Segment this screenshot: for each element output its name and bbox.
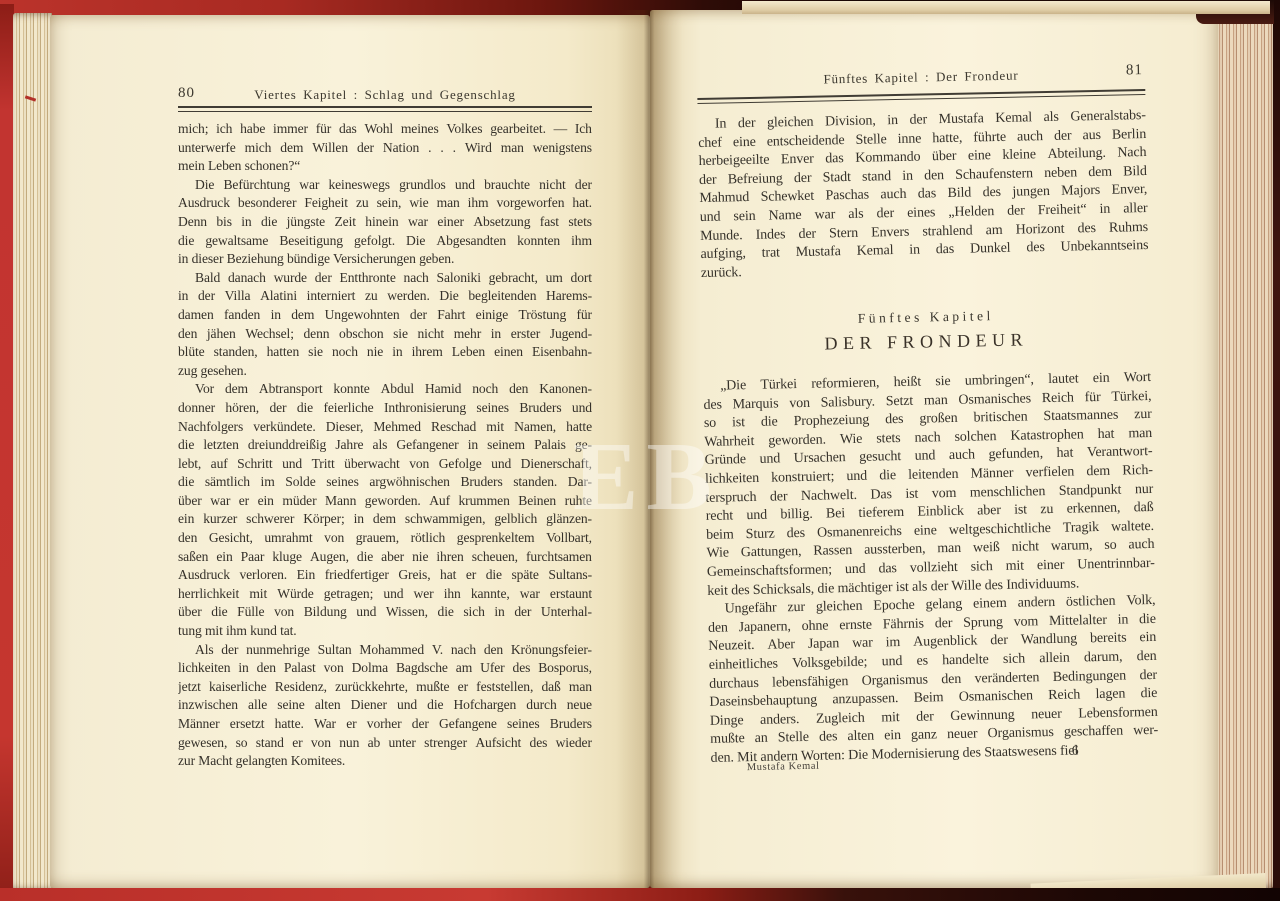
- right-page-header: Fünftes Kapitel : Der Frondeur 81: [697, 65, 1145, 92]
- left-page: 80 Viertes Kapitel : Schlag und Gegensch…: [50, 15, 650, 888]
- footer-signature: Mustafa Kemal: [747, 761, 820, 773]
- paragraph: UngefährzurgleichenEpochegelangeinemande…: [707, 592, 1158, 768]
- text-line: gewesen,sostandervonnunabunterstrengerAu…: [178, 734, 592, 753]
- text-line: inzwischenalleseinealtenDienerunddieHofc…: [178, 696, 592, 715]
- paragraph: AlsdernunmehrigeSultanMohammedV.nachdenK…: [178, 641, 592, 771]
- text-line: denGesicht,umrahmtvongrauem,rötlichgespr…: [178, 529, 592, 548]
- text-line: zug gesehen.: [178, 362, 592, 381]
- text-line: unterwerfemichdemWillenderNation...Wirdm…: [178, 139, 592, 158]
- left-header-rule: [178, 106, 592, 112]
- text-line: überwarereinmüderManngeworden.Aufkrummen…: [178, 492, 592, 511]
- text-line: blütestanden,hattensienochnieinihremLebe…: [178, 343, 592, 362]
- chapter-heading-large: DER FRONDEUR: [702, 327, 1150, 357]
- text-line: dieletztendreiunddreißigJahrealsGefangen…: [178, 436, 592, 455]
- text-line: tung mit ihm kund tat.: [178, 622, 592, 641]
- text-line: zur Macht gelangten Komitees.: [178, 752, 592, 771]
- text-line: damenfandenindemUngewohntenderFahrteinig…: [178, 306, 592, 325]
- book-cover-bottom-edge: [0, 888, 1280, 901]
- text-line: in dieser Beziehung bündige Versicherung…: [178, 250, 592, 269]
- text-line: herrlichkeitmitWürdegetragen;undwerihnka…: [178, 585, 592, 604]
- text-line: AlsdernunmehrigeSultanMohammedV.nachdenK…: [178, 641, 592, 660]
- footer-sheet-number: 6: [1072, 742, 1079, 758]
- right-page-edge-stack: [1216, 8, 1273, 889]
- text-line: denjähenWechsel;dennobschonsienichtmehri…: [178, 325, 592, 344]
- text-line: diesämtlichimSoldeseinesargwöhnischenBru…: [178, 473, 592, 492]
- right-running-head: Fünftes Kapitel : Der Frondeur: [697, 65, 1145, 90]
- paragraph: IndergleichenDivision,inderMustafaKemala…: [698, 107, 1149, 283]
- book-photo: 80 Viertes Kapitel : Schlag und Gegensch…: [0, 0, 1280, 901]
- text-line: einkurzerschwererKörper;indemschwammigen…: [178, 510, 592, 529]
- text-line: AusdruckbesondererFeigheitzusein,wiemani…: [178, 194, 592, 213]
- page-top-edges: [742, 1, 1270, 14]
- right-header-rule: [697, 89, 1145, 104]
- right-page-text-top: IndergleichenDivision,inderMustafaKemala…: [698, 107, 1149, 283]
- text-line: mein Leben schonen?“: [178, 157, 592, 176]
- text-line: lebt,aufSchrittundTrittüberwachtvonGefol…: [178, 455, 592, 474]
- text-line: DieBefürchtungwarkeineswegsgrundlosundbr…: [178, 176, 592, 195]
- text-line: donnerhören,derdiefeierlicheInthronisier…: [178, 399, 592, 418]
- text-line: BalddanachwurdederEntthrontenachSaloniki…: [178, 269, 592, 288]
- text-line: mich;ichhabeimmerfürdasWohlmeinesVolkesg…: [178, 120, 592, 139]
- text-line: saßeneinPaarklugeAugen,dieabernieihrensc…: [178, 548, 592, 567]
- right-page: Fünftes Kapitel : Der Frondeur 81 Inderg…: [650, 10, 1218, 888]
- text-line: DennbisindiejüngsteZeithineinwareinerAbs…: [178, 213, 592, 232]
- book-cover-left-edge: [0, 4, 14, 897]
- text-line: Männerersetzthatte.WarervorherderGefange…: [178, 715, 592, 734]
- text-line: Nachfolgersverkündete.Dieser,MehmedResch…: [178, 418, 592, 437]
- left-page-header: 80 Viertes Kapitel : Schlag und Gegensch…: [178, 87, 592, 105]
- chapter-heading-small: Fünftes Kapitel: [702, 305, 1150, 330]
- right-page-number: 81: [1126, 62, 1143, 79]
- left-running-head: Viertes Kapitel : Schlag und Gegenschlag: [178, 87, 592, 103]
- right-page-content: Fünftes Kapitel : Der Frondeur 81 Inderg…: [696, 1, 1162, 888]
- paragraph: BalddanachwurdederEntthrontenachSaloniki…: [178, 269, 592, 381]
- text-line: inderVillaAlatiniinterniertzuwerden.Dieb…: [178, 287, 592, 306]
- left-page-edge-stack: [13, 13, 52, 890]
- left-page-text: mich;ichhabeimmerfürdasWohlmeinesVolkesg…: [178, 120, 592, 771]
- text-line: VordemAbtransportkonnteAbdulHamidnochden…: [178, 380, 592, 399]
- text-line: lichkeitenindenPalastvonDolmaBagdscheamU…: [178, 659, 592, 678]
- text-line: jetztkaiserlicheResidenz,zurückkehrte,mu…: [178, 678, 592, 697]
- text-line: überdieFüllevonBildungundWissen,diesichi…: [178, 603, 592, 622]
- left-page-number: 80: [178, 85, 195, 102]
- paragraph: „DieTürkeireformieren,heißtsieumbringen“…: [703, 369, 1155, 601]
- paragraph: DieBefürchtungwarkeineswegsgrundlosundbr…: [178, 176, 592, 269]
- right-page-text-body: „DieTürkeireformieren,heißtsieumbringen“…: [703, 369, 1159, 768]
- text-line: diegewaltsameBeseitigunggefolgt.DieAbges…: [178, 232, 592, 251]
- paragraph: mich;ichhabeimmerfürdasWohlmeinesVolkesg…: [178, 120, 592, 176]
- paragraph: VordemAbtransportkonnteAbdulHamidnochden…: [178, 380, 592, 640]
- text-line: Ausdruckverloren.EinfriedfertigerGreis,h…: [178, 566, 592, 585]
